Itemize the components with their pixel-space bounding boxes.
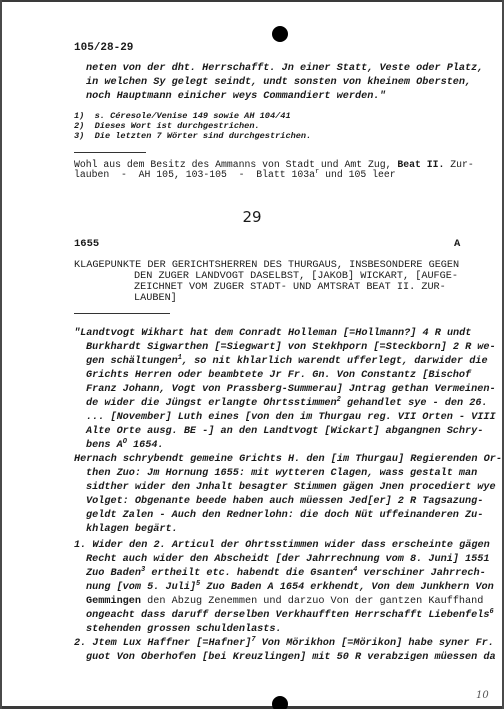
- separator-rule: [74, 152, 146, 153]
- text-line: Grichts Herren oder beambtete Jr Fr. Gn.…: [86, 369, 471, 383]
- text: Burkhardt Sigwarthen [=: [86, 342, 227, 353]
- text: Zuo Baden A 1654 erkhendt, Von dem Junkh…: [200, 582, 493, 593]
- text: Von Mörikhon [=Mörikon] habe syner Fr.: [256, 638, 494, 649]
- text: ] von Stekhporn [=Steckborn] 2 R we-: [276, 342, 496, 353]
- text-line: Volget: Obgenante beede haben auch müess…: [86, 495, 483, 509]
- text-line: Burkhardt Sigwarthen [=Siegwart] von Ste…: [86, 341, 496, 355]
- source-text: Zur-: [444, 159, 473, 170]
- text-line: ... [November] Luth eines [von den im Th…: [86, 411, 496, 425]
- text: den Abzug Zenemmen und darzuo Von der ga…: [141, 596, 483, 607]
- text-line: geldt Zalen - Auch den Rednerlohn: die d…: [86, 509, 483, 523]
- heading-line: KLAGEPUNKTE DER GERICHTSHERREN DES THURG…: [74, 260, 459, 272]
- source-text: und 105 leer: [319, 169, 395, 180]
- page-reference: 105/28-29: [74, 42, 133, 54]
- text: gehandlet sye - den 26.: [341, 398, 488, 409]
- handwritten-folio-number: 10: [476, 690, 489, 701]
- bold-text: Siegwart: [227, 342, 276, 353]
- footnote: 2) Dieses Wort ist durchgestrichen.: [74, 121, 260, 131]
- text-line: gen schältungen1, so nit khlarlich waren…: [86, 355, 488, 369]
- footnote: 3) Die letzten 7 Wörter sind durchgestri…: [74, 131, 311, 141]
- document-letter: A: [454, 238, 460, 250]
- text-line: Recht auch wider den Abscheidt [der Jahr…: [86, 553, 490, 567]
- text-line: Alte Orte ausg. BE -] an den Landtvogt […: [86, 425, 483, 439]
- text-line: Gemmingen den Abzug Zenemmen und darzuo …: [86, 595, 483, 609]
- text: verschiner Jahrrech-: [357, 568, 485, 579]
- text-line: then Zuo: Jm Hornung 1655: mit wytteren …: [86, 467, 477, 481]
- text-line: Hernach schrybendt gemeine Grichts H. de…: [74, 453, 502, 467]
- text-line: noch Hauptmann einicher weys Commandiert…: [86, 90, 386, 104]
- text: ongeacht dass daruff derselben Verkhauff…: [86, 610, 490, 621]
- scan-border-top: [0, 0, 504, 2]
- document-year: 1655: [74, 238, 99, 250]
- text-line: khlagen begärt.: [86, 523, 178, 537]
- bold-text: Gemmingen: [86, 596, 141, 607]
- text: ] 4 R undt: [410, 328, 471, 339]
- heading-line: ZEICHNET VOM ZUGER STADT- UND AMTSRAT BE…: [134, 282, 446, 294]
- text: Zuo Baden: [86, 568, 141, 579]
- text-line: 1. Wider den 2. Articul der Ohrtsstimmen…: [74, 539, 490, 553]
- text-line: Franz Johann, Vogt von Prassberg-Summera…: [86, 383, 496, 397]
- text: "Landtvogt Wikhart hat dem Conradt Holle…: [74, 328, 355, 339]
- text-line: de wider die Jüngst erlangte Ohrtsstimme…: [86, 397, 488, 411]
- text-line: sidther wider den Jnhalt besagter Stimme…: [86, 481, 496, 495]
- text: gen schältungen: [86, 356, 178, 367]
- text: bens A: [86, 440, 123, 451]
- punch-hole-top-icon: [272, 26, 288, 42]
- source-text: lauben - AH 105, 103-105 - Blatt 103a: [74, 169, 315, 180]
- punch-hole-bottom-icon: [272, 696, 288, 709]
- text: de wider die Jüngst erlangte Ohrtsstimme…: [86, 398, 337, 409]
- source-line: lauben - AH 105, 103-105 - Blatt 103ar u…: [74, 170, 396, 181]
- text: ertheilt etc. habendt die Gsanten: [145, 568, 353, 579]
- text-line: 2. Jtem Lux Haffner [=Hafner]7 Von Mörik…: [74, 637, 494, 651]
- text-line: Zuo Baden3 ertheilt etc. habendt die Gsa…: [86, 567, 486, 581]
- bold-text: Prassberg-Summerau: [227, 384, 337, 395]
- text: nung [vom 5. Juli]: [86, 582, 196, 593]
- source-name-bold: Beat II.: [397, 159, 444, 170]
- text-line: bens AO 1654.: [86, 439, 164, 453]
- text-line: guot Von Oberhofen [bei Kreuzlingen] mit…: [86, 651, 496, 665]
- bold-text: Hollmann?: [355, 328, 410, 339]
- footnote-marker: 6: [490, 608, 494, 616]
- text-line: in welchen Sy gelegt seindt, undt sonste…: [86, 76, 471, 90]
- separator-rule: [74, 313, 170, 314]
- text: Franz Johann, Vogt von: [86, 384, 227, 395]
- heading-line: DEN ZUGER LANDVOGT DASELBST, [JAKOB] WIC…: [134, 271, 458, 283]
- text-line: nung [vom 5. Juli]5 Zuo Baden A 1654 erk…: [86, 581, 494, 595]
- document-number: 29: [0, 208, 504, 226]
- text: , so nit khlarlich warendt ufferlegt, da…: [182, 356, 488, 367]
- text: 2. Jtem Lux Haffner [=: [74, 638, 209, 649]
- text-line: "Landtvogt Wikhart hat dem Conradt Holle…: [74, 327, 471, 341]
- scan-border-left: [0, 0, 2, 709]
- footnote: 1) s. Céresole/Venise 149 sowie AH 104/4…: [74, 111, 291, 121]
- text-line: neten von der dht. Herrschafft. Jn einer…: [86, 62, 483, 76]
- text-line: ongeacht dass daruff derselben Verkhauff…: [86, 609, 494, 623]
- bold-text: Hafner: [209, 638, 246, 649]
- text: ] Jntrag gethan Vermeinen-: [337, 384, 496, 395]
- text: 1654.: [127, 440, 164, 451]
- heading-line: LAUBEN]: [134, 293, 177, 305]
